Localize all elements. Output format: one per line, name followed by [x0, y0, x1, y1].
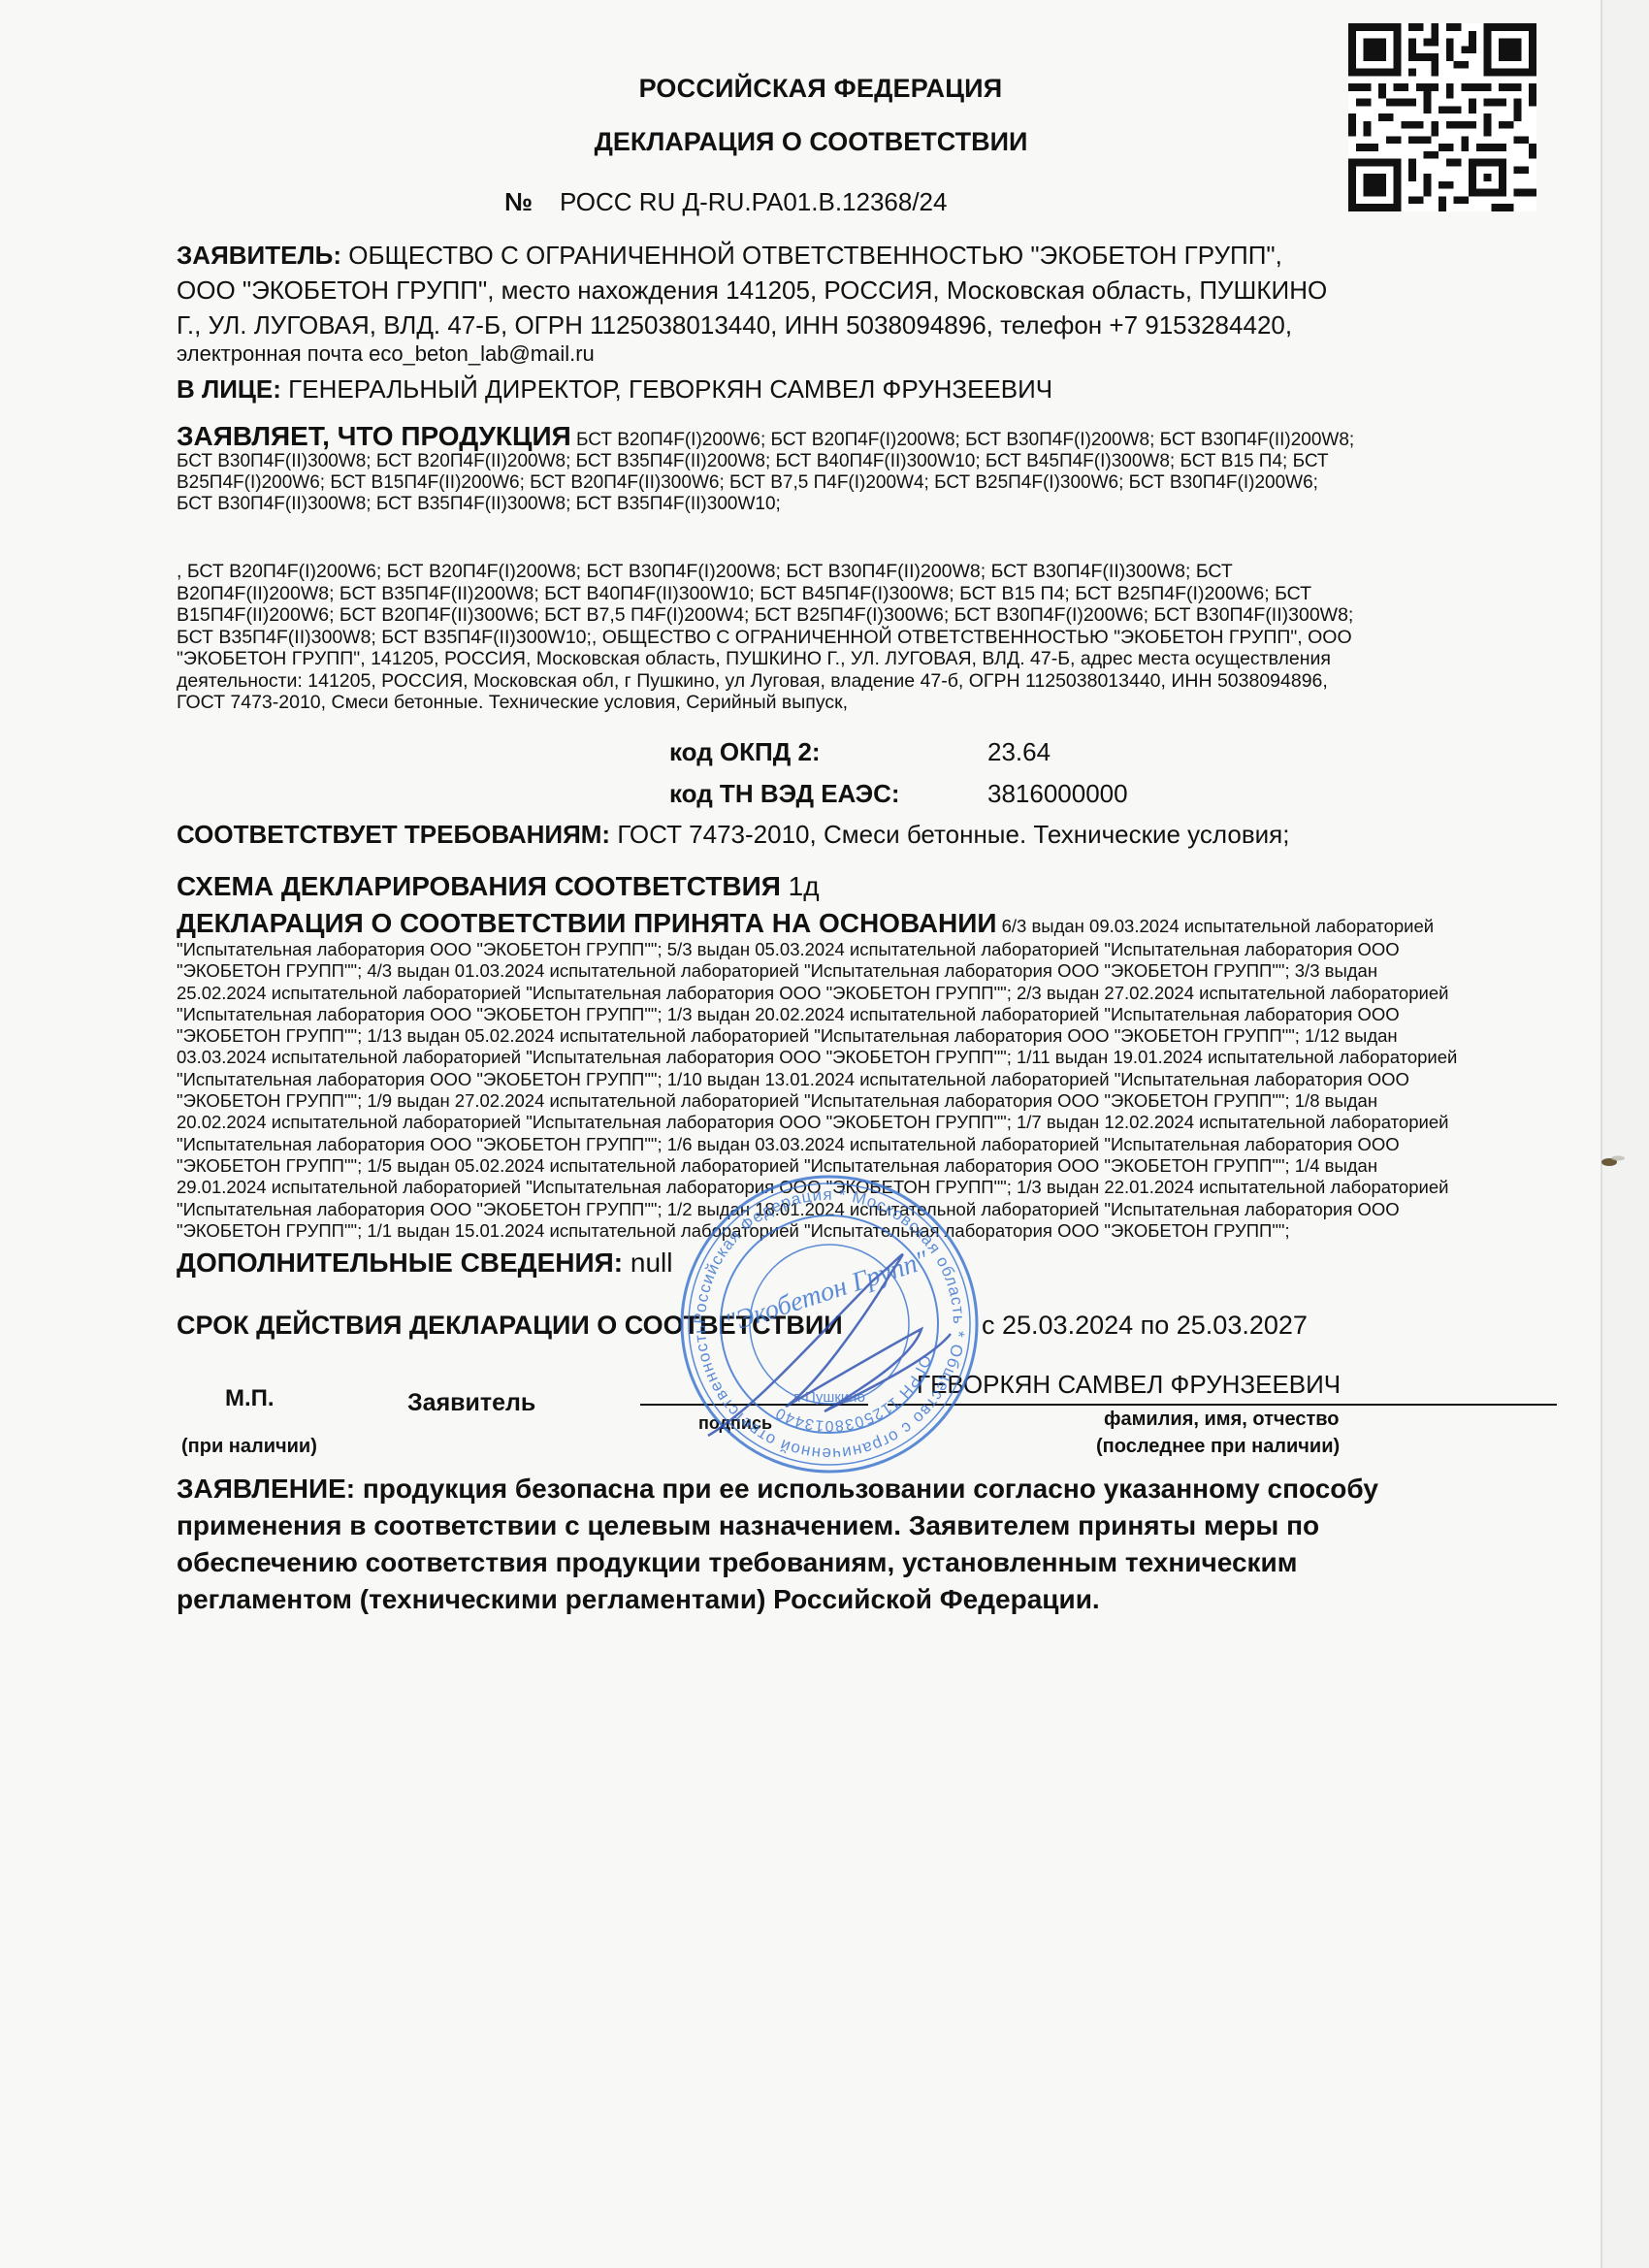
product-line-3: B25П4F(I)200W6; БСТ B15П4F(II)200W6; БСТ… [177, 472, 1573, 494]
okpd-code: код ОКПД 2: 23.64 [669, 737, 821, 767]
qr-code-icon [1348, 23, 1536, 211]
product-details: , БСТ B20П4F(I)200W6; БСТ B20П4F(I)200W8… [177, 561, 1573, 714]
scheme-label: СХЕМА ДЕКЛАРИРОВАНИЯ СООТВЕТСТВИЯ [177, 871, 781, 901]
applicant-sign-label: Заявитель [407, 1389, 535, 1417]
represented-by: В ЛИЦЕ: ГЕНЕРАЛЬНЫЙ ДИРЕКТОР, ГЕВОРКЯН С… [177, 372, 1573, 406]
safety-statement: ЗАЯВЛЕНИЕ: продукция безопасна при ее ис… [177, 1471, 1573, 1618]
name-caption: фамилия, имя, отчество [1104, 1409, 1340, 1431]
compliance-label: СООТВЕТСТВУЕТ ТРЕБОВАНИЯМ: [177, 820, 610, 849]
mp-note: (при наличии) [181, 1436, 317, 1458]
applicant-line-1: ЗАЯВИТЕЛЬ: ОБЩЕСТВО С ОГРАНИЧЕННОЙ ОТВЕТ… [177, 238, 1573, 273]
number-sign: № [504, 187, 533, 216]
tnved-value: 3816000000 [987, 779, 1128, 809]
applicant-line-3: Г., УЛ. ЛУГОВАЯ, ВЛД. 47-Б, ОГРН 1125038… [177, 308, 1573, 342]
applicant-email: электронная почта eco_beton_lab@mail.ru [177, 341, 1573, 367]
name-note: (последнее при наличии) [1096, 1436, 1340, 1458]
compliance-value: ГОСТ 7473-2010, Смеси бетонные. Техничес… [617, 820, 1289, 849]
product-section: ЗАЯВЛЯЕТ, ЧТО ПРОДУКЦИЯ БСТ B20П4F(I)200… [177, 426, 1573, 515]
scheme-value: 1д [789, 871, 820, 901]
insect-icon [1600, 1154, 1626, 1168]
represented-label: В ЛИЦЕ: [177, 374, 281, 404]
number-value: РОСС RU Д-RU.PA01.B.12368/24 [560, 187, 948, 216]
additional-value: null [630, 1247, 673, 1278]
declaration-number: №РОСС RU Д-RU.PA01.B.12368/24 [504, 187, 947, 217]
tnved-code: код ТН ВЭД ЕАЭС: 3816000000 [669, 779, 900, 809]
okpd-value: 23.64 [987, 737, 1051, 767]
product-label: ЗАЯВЛЯЕТ, ЧТО ПРОДУКЦИЯ [177, 421, 571, 451]
basis-label: ДЕКЛАРАЦИЯ О СООТВЕТСТВИИ ПРИНЯТА НА ОСН… [177, 908, 996, 938]
product-line-2: БСТ B30П4F(II)300W8; БСТ B20П4F(II)200W8… [177, 451, 1573, 472]
tnved-label: код ТН ВЭД ЕАЭС: [669, 779, 900, 808]
applicant-line-2: ООО "ЭКОБЕТОН ГРУПП", место нахождения 1… [177, 273, 1573, 308]
company-stamp: Российская Федерация * Московская област… [669, 1164, 989, 1484]
okpd-label: код ОКПД 2: [669, 737, 821, 766]
applicant-section: ЗАЯВИТЕЛЬ: ОБЩЕСТВО С ОГРАНИЧЕННОЙ ОТВЕТ… [177, 238, 1573, 342]
scan-edge [1600, 0, 1649, 2268]
basis-line-1: ДЕКЛАРАЦИЯ О СООТВЕТСТВИИ ПРИНЯТА НА ОСН… [177, 908, 1573, 939]
product-line-4: БСТ B30П4F(II)300W8; БСТ B35П4F(II)300W8… [177, 494, 1573, 515]
compliance-requirements: СООТВЕТСТВУЕТ ТРЕБОВАНИЯМ: ГОСТ 7473-201… [177, 817, 1573, 852]
applicant-label: ЗАЯВИТЕЛЬ: [177, 241, 341, 270]
declaration-scheme: СХЕМА ДЕКЛАРИРОВАНИЯ СООТВЕТСТВИЯ 1д [177, 871, 1573, 902]
additional-label: ДОПОЛНИТЕЛЬНЫЕ СВЕДЕНИЯ: [177, 1247, 623, 1278]
validity-value: с 25.03.2024 по 25.03.2027 [982, 1311, 1308, 1341]
product-line-1: ЗАЯВЛЯЕТ, ЧТО ПРОДУКЦИЯ БСТ B20П4F(I)200… [177, 426, 1573, 451]
mp-label: М.П. [225, 1385, 275, 1412]
represented-value: ГЕНЕРАЛЬНЫЙ ДИРЕКТОР, ГЕВОРКЯН САМВЕЛ ФР… [288, 374, 1052, 404]
